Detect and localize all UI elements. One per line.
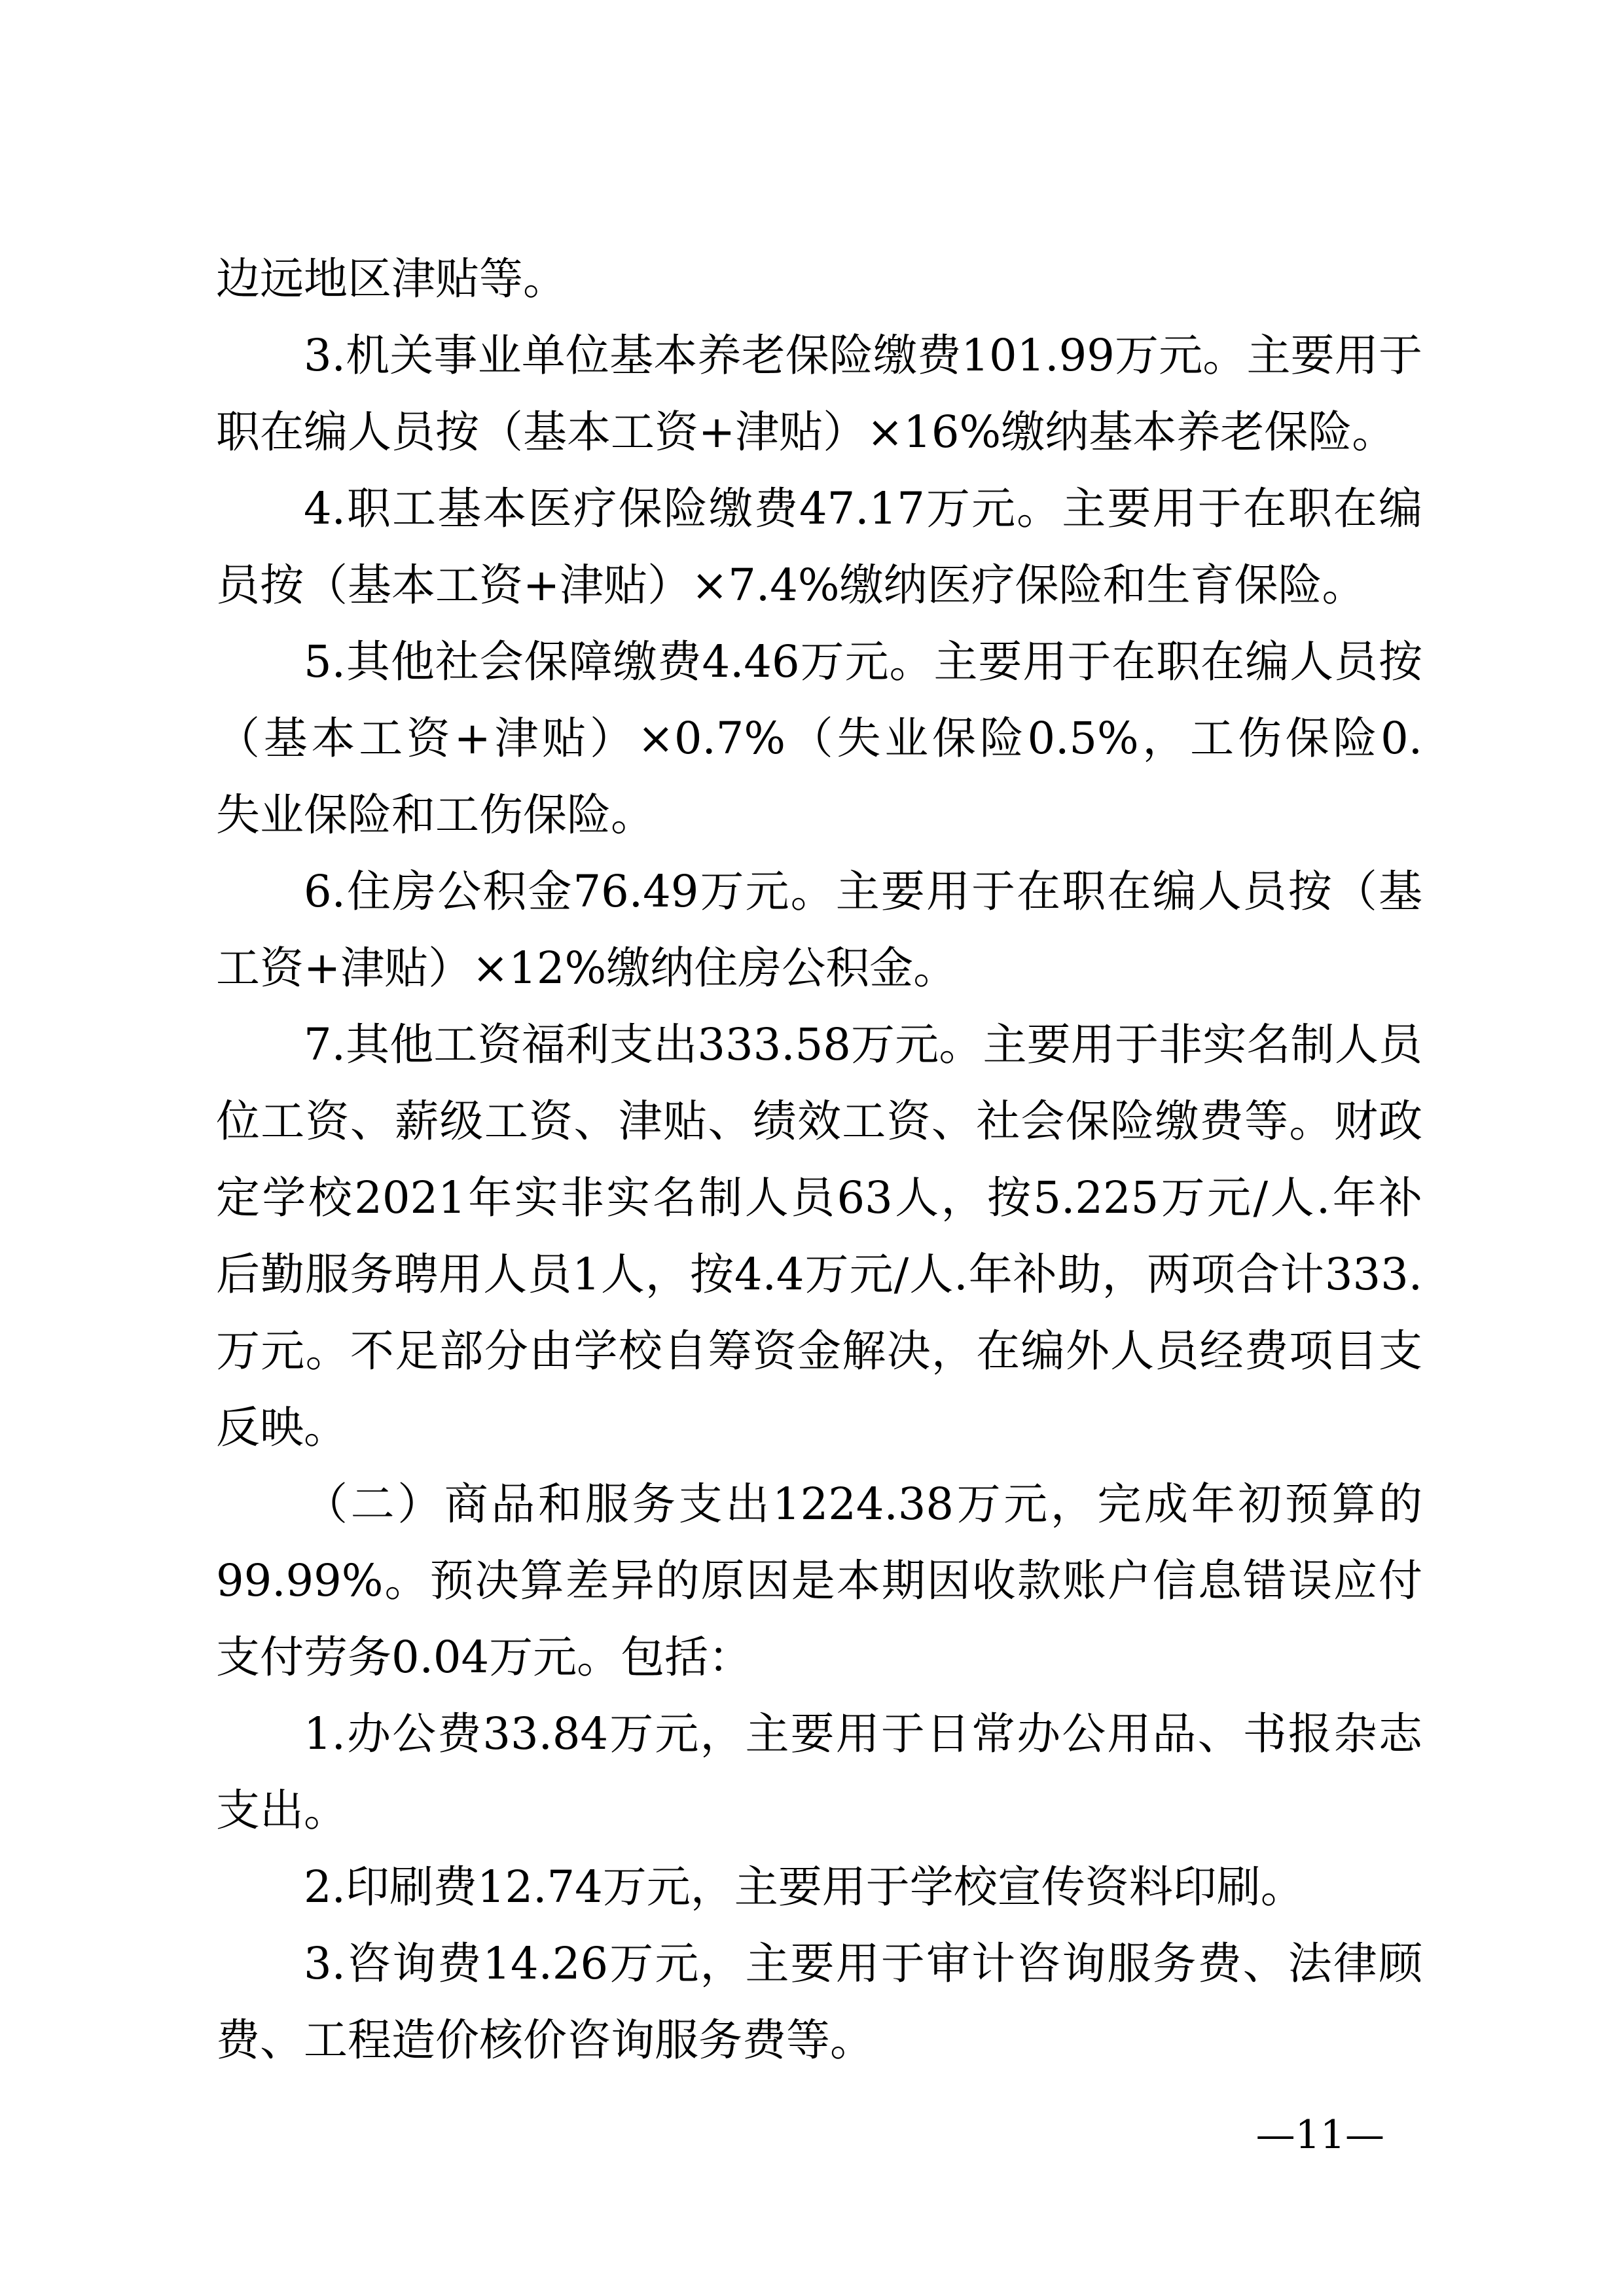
text-line: 万元。不足部分由学校自筹资金解决，在编外人员经费项目支出 bbox=[216, 1313, 1422, 1390]
text-line: 失业保险和工伤保险。 bbox=[216, 777, 1422, 853]
page-number: —11— bbox=[1256, 2115, 1384, 2155]
text-line: 5.其他社会保障缴费4.46万元。主要用于在职在编人员按 bbox=[216, 624, 1422, 700]
text-block: 边远地区津贴等。 3.机关事业单位基本养老保险缴费101.99万元。主要用于在 … bbox=[216, 241, 1422, 2079]
document-page: 边远地区津贴等。 3.机关事业单位基本养老保险缴费101.99万元。主要用于在 … bbox=[0, 0, 1624, 2296]
text-line: 工资+津贴）×12%缴纳住房公积金。 bbox=[216, 930, 1422, 1007]
text-line: 职在编人员按（基本工资+津贴）×16%缴纳基本养老保险。 bbox=[216, 394, 1422, 471]
text-line: 3.机关事业单位基本养老保险缴费101.99万元。主要用于在 bbox=[216, 317, 1422, 394]
text-line: 反映。 bbox=[216, 1390, 1422, 1466]
text-line: 后勤服务聘用人员1人，按4.4万元/人.年补助，两项合计333.58 bbox=[216, 1236, 1422, 1313]
text-line: 位工资、薪级工资、津贴、绩效工资、社会保险缴费等。财政核 bbox=[216, 1083, 1422, 1160]
text-line: （基本工资+津贴）×0.7%（失业保险0.5%，工伤保险0.2%）缴纳 bbox=[216, 700, 1422, 777]
text-line: 7.其他工资福利支出333.58万元。主要用于非实名制人员岗 bbox=[216, 1007, 1422, 1083]
text-line: 支付劳务0.04万元。包括： bbox=[216, 1619, 1422, 1696]
text-line: 3.咨询费14.26万元，主要用于审计咨询服务费、法律顾问 bbox=[216, 1926, 1422, 2002]
text-line: 6.住房公积金76.49万元。主要用于在职在编人员按（基本 bbox=[216, 853, 1422, 930]
text-line: 边远地区津贴等。 bbox=[216, 241, 1422, 317]
text-line: （二）商品和服务支出1224.38万元，完成年初预算的 bbox=[216, 1466, 1422, 1543]
text-line: 定学校2021年实非实名制人员63人，按5.225万元/人.年补助； bbox=[216, 1160, 1422, 1236]
text-line: 支出。 bbox=[216, 1772, 1422, 1849]
text-line: 4.职工基本医疗保险缴费47.17万元。主要用于在职在编人 bbox=[216, 471, 1422, 547]
text-line: 费、工程造价核价咨询服务费等。 bbox=[216, 2002, 1422, 2079]
text-line: 2.印刷费12.74万元，主要用于学校宣传资料印刷。 bbox=[216, 1849, 1422, 1926]
text-line: 员按（基本工资+津贴）×7.4%缴纳医疗保险和生育保险。 bbox=[216, 547, 1422, 624]
text-line: 1.办公费33.84万元，主要用于日常办公用品、书报杂志等 bbox=[216, 1696, 1422, 1772]
text-line: 99.99%。预决算差异的原因是本期因收款账户信息错误应付未能 bbox=[216, 1543, 1422, 1619]
